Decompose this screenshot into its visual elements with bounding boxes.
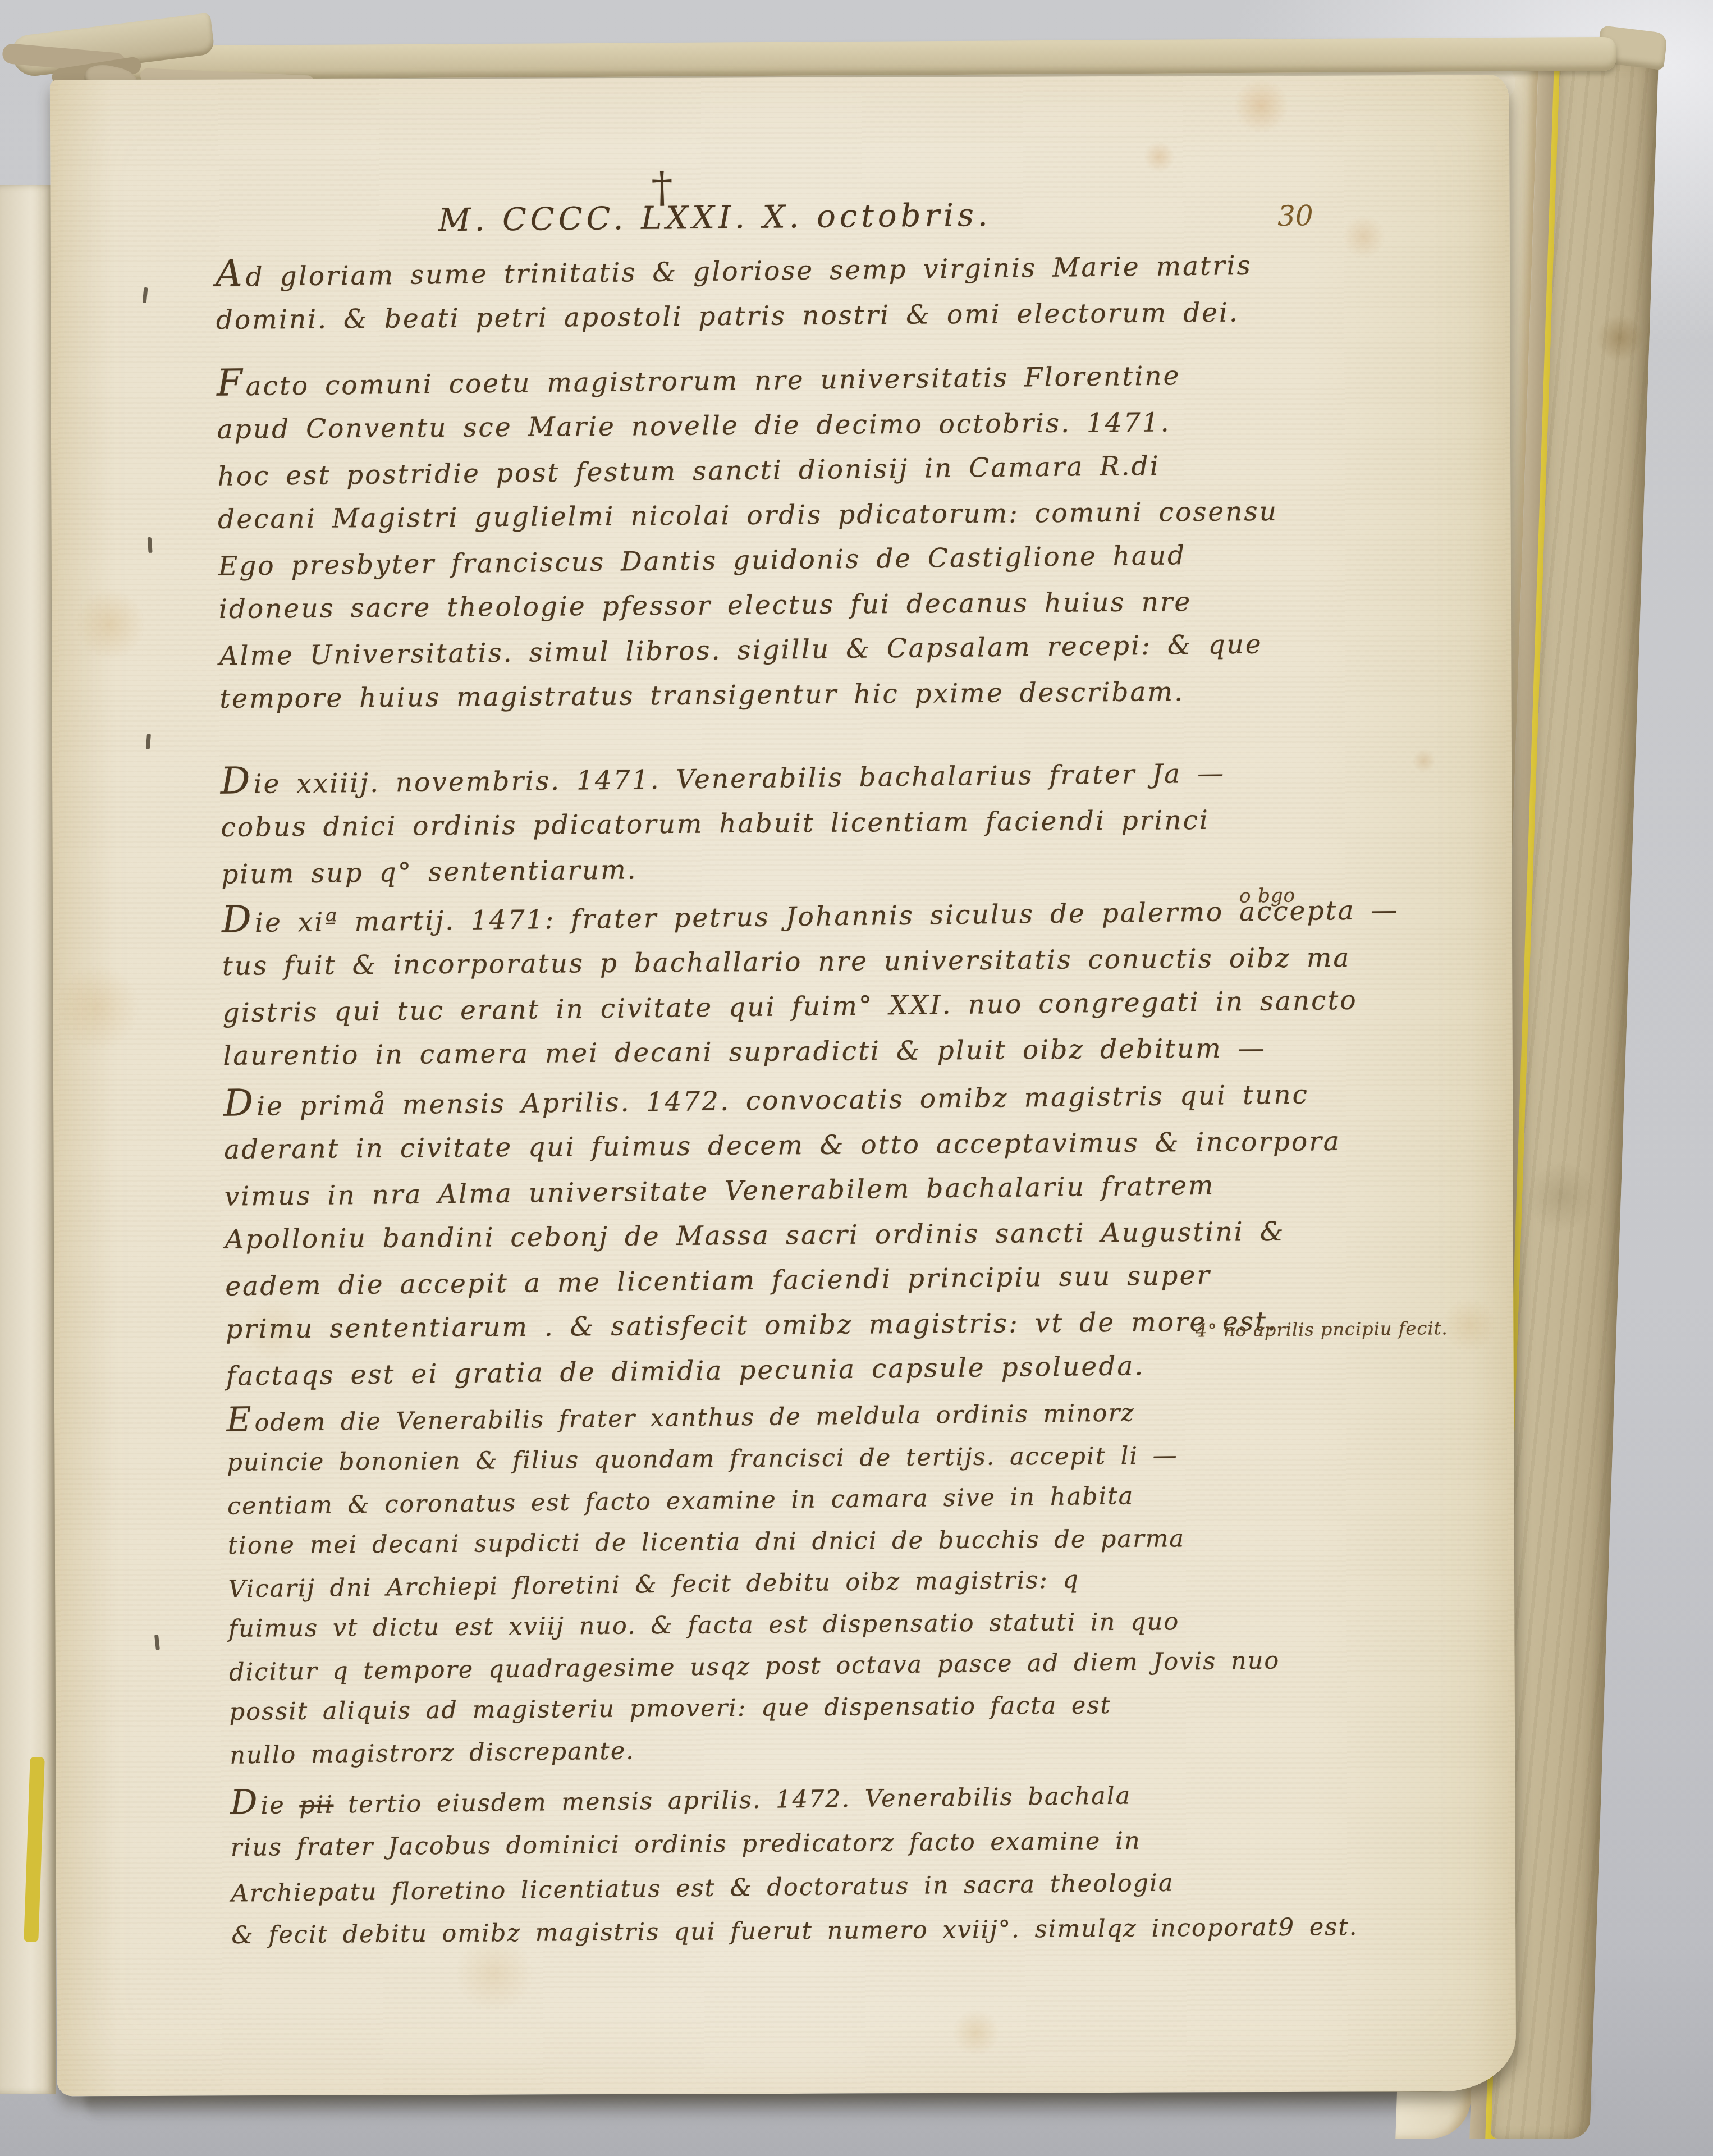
text-segment: tempore huius magistratus transigentur h… (219, 676, 1184, 715)
text-segment: Apolloniu bandini cebonj de Massa sacri … (225, 1216, 1285, 1255)
text-segment: apud Conventu sce Marie novelle die deci… (217, 407, 1171, 445)
text-segment: possit aliquis ad magisteriu pmoveri: qu… (229, 1691, 1111, 1726)
text-segment: Eodem die Venerabilis frater xanthus de … (226, 1399, 1135, 1437)
paragraph-p6: Eodem die Venerabilis frater xanthus de … (226, 1388, 1307, 1775)
text-segment: primu sententiarum . & satisfecit omibz … (226, 1306, 1277, 1345)
text-segment: Ad gloriam sume trinitatis & gloriose se… (216, 250, 1252, 293)
text-segment: Ego presbyter franciscus Dantis guidonis… (218, 540, 1187, 582)
manuscript-line: & fecit debitu omibz magistris qui fueru… (231, 1906, 1309, 1957)
struck-word: pii (299, 1791, 334, 1820)
text-segment: pium sup q° sententiarum. (221, 854, 638, 890)
text-segment: Die (230, 1791, 300, 1820)
text-segment: nullo magistrorz discrepante. (230, 1737, 635, 1769)
manuscript-line: tempore huius magistratus transigentur h… (219, 669, 1298, 722)
text-segment: dicitur q tempore quadragesime usqz post… (229, 1646, 1280, 1686)
paragraph-p3: Die xxiiij. novembris. 1471. Venerabilis… (220, 748, 1299, 896)
text-segment: tione mei decani supdicti de licentia dn… (228, 1525, 1185, 1560)
text-segment: vimus in nra Alma universitate Venerabil… (225, 1170, 1215, 1212)
text-segment: domini. & beati petri apostoli patris no… (216, 297, 1239, 336)
text-segment: laurentio in camera mei decani supradict… (223, 1033, 1266, 1072)
text-segment: puincie bononien & filius quondam franci… (227, 1441, 1178, 1477)
text-segment: centiam & coronatus est facto examine in… (227, 1482, 1134, 1520)
text-segment: Alme Universitatis. simul libros. sigill… (219, 629, 1263, 672)
manuscript-line: domini. & beati petri apostoli patris no… (216, 290, 1294, 343)
text-segment: Die xiª martij. 1471: frater petrus Joha… (222, 895, 1399, 939)
manuscript-page: † M. CCCC. LXXI. X. octobris. 30 Ad glor… (50, 75, 1517, 2096)
text-segment: fuimus vt dictu est xviij nuo. & facta e… (228, 1608, 1179, 1643)
text-segment: idoneus sacre theologie pfessor electus … (219, 587, 1192, 625)
text-segment: rius frater Jacobus dominici ordinis pre… (231, 1827, 1141, 1862)
photo-background: † M. CCCC. LXXI. X. octobris. 30 Ad glor… (0, 0, 1713, 2156)
text-segment: factaqs est ei gratia de dimidia pecunia… (226, 1351, 1145, 1392)
text-segment: Archiepatu floretino licentiatus est & d… (231, 1869, 1174, 1908)
ink-layer: † M. CCCC. LXXI. X. octobris. 30 Ad glor… (50, 70, 1528, 2100)
text-segment: hoc est postridie post festum sancti dio… (217, 451, 1160, 492)
paragraph-p1: Ad gloriam sume trinitatis & gloriose se… (216, 240, 1294, 344)
text-segment: gistris qui tuc erant in civitate qui fu… (222, 985, 1358, 1029)
paragraph-p5: Die primå mensis Aprilis. 1472. convocat… (223, 1070, 1304, 1398)
text-segment: aderant in civitate qui fuimus decem & o… (224, 1126, 1341, 1165)
margin-note-2: 4° no aprilis pncipiu fecit. (1196, 1317, 1448, 1341)
text-segment: decani Magistri guglielmi nicolai ordis … (218, 496, 1278, 535)
text-segment: cobus dnici ordinis pdicatorum habuit li… (221, 805, 1210, 843)
text-segment: Vicarij dni Archiepi floretini & fecit d… (228, 1565, 1079, 1603)
paragraph-p7: Die pii tertio eiusdem mensis aprilis. 1… (230, 1770, 1309, 1958)
text-segment: Die xxiiij. novembris. 1471. Venerabilis… (220, 758, 1225, 800)
text-segment: Die primå mensis Aprilis. 1472. convocat… (223, 1079, 1309, 1123)
date-heading: M. CCCC. LXXI. X. octobris. (438, 197, 992, 239)
text-segment: tertio eiusdem mensis aprilis. 1472. Ven… (333, 1782, 1131, 1819)
margin-note-1: o bgo (1239, 885, 1296, 908)
folio-number: 30 (1277, 199, 1313, 232)
text-segment: tus fuit & incorporatus p bachallario nr… (222, 942, 1351, 982)
text-segment: & fecit debitu omibz magistris qui fueru… (231, 1913, 1358, 1949)
text-block: Ad gloriam sume trinitatis & gloriose se… (216, 240, 1309, 1958)
text-segment: eadem die accepit a me licentiam faciend… (225, 1260, 1211, 1302)
paragraph-p2: Facto comuni coetu magistrorum nre unive… (217, 350, 1298, 723)
paragraph-p4: Die xiª martij. 1471: frater petrus Joha… (222, 886, 1301, 1080)
text-segment: Facto comuni coetu magistrorum nre unive… (217, 360, 1181, 402)
